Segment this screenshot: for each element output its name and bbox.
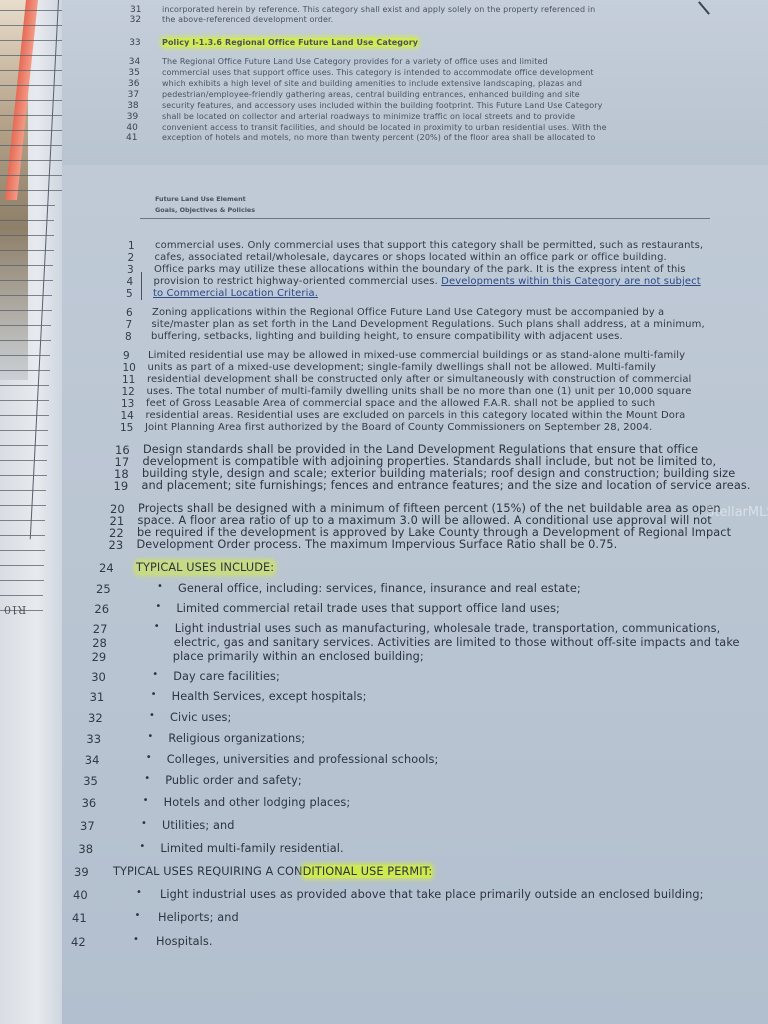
bullet-icon: • [151, 689, 157, 700]
list-item: Light industrial uses as provided above … [160, 888, 704, 901]
bullet-icon: • [135, 910, 141, 921]
ruled-line [0, 295, 52, 296]
bullet-icon: • [141, 818, 147, 829]
highlighted-text: TYPICAL USES INCLUDE: [136, 561, 274, 574]
line-number: 27 [93, 622, 108, 636]
ruled-line [0, 190, 62, 191]
ruled-line [0, 385, 49, 386]
ruled-line [0, 25, 62, 26]
text-line: Zoning applications within the Regional … [152, 307, 664, 318]
text-line: units as part of a mixed-use development… [148, 362, 656, 373]
line-number: 9 [123, 350, 130, 362]
typical-uses-heading: TYPICAL USES INCLUDE: [136, 561, 274, 574]
list-item: electric, gas and sanitary services. Act… [174, 636, 740, 649]
line-number: 39 [127, 112, 138, 122]
ruled-line [0, 445, 48, 446]
ruled-line [0, 565, 44, 566]
text-line: site/master plan as set forth in the Lan… [152, 319, 705, 330]
bullet-icon: • [139, 841, 145, 852]
cross-reference-link[interactable]: to Commercial Location Criteria. [153, 288, 318, 299]
line-number: 39 [74, 865, 89, 879]
text-line: buffering, setbacks, lighting and buildi… [151, 331, 623, 342]
list-item: Colleges, universities and professional … [167, 753, 439, 766]
line-number: 41 [126, 133, 137, 143]
list-item: General office, including: services, fin… [178, 582, 581, 595]
text-line: and placement; site furnishings; fences … [142, 479, 751, 492]
line-number: 15 [120, 422, 133, 434]
ruled-line [0, 160, 62, 161]
list-item: Limited commercial retail trade uses tha… [176, 602, 560, 615]
line-number: 11 [122, 374, 135, 386]
line-number: 36 [82, 796, 97, 810]
line-number: 38 [127, 101, 138, 111]
bullet-icon: • [155, 601, 161, 612]
text-line: cafes, associated retail/wholesale, dayc… [155, 252, 667, 263]
line-number: 32 [130, 15, 141, 25]
text-line: incorporated herein by reference. This c… [162, 5, 595, 14]
line-number: 2 [128, 252, 135, 264]
line-number: 31 [90, 690, 105, 704]
binder-tab-label: R10 [4, 603, 26, 616]
line-number: 32 [88, 711, 103, 725]
list-item: Hotels and other lodging places; [164, 796, 351, 809]
revision-bar [141, 272, 142, 300]
ruled-line [0, 505, 46, 506]
line-number: 6 [126, 307, 133, 319]
ruled-line [0, 355, 50, 356]
cross-reference-link[interactable]: Developments within this Category are no… [441, 276, 701, 287]
text-line: Development Order process. The maximum I… [137, 538, 618, 551]
ruled-line [0, 10, 62, 11]
line-number: 34 [85, 753, 100, 767]
line-number: 3 [127, 264, 134, 276]
line-number: 31 [130, 5, 141, 15]
line-number: 7 [126, 319, 133, 331]
line-number: 1 [128, 240, 135, 252]
text-line: feet of Gross Leasable Area of commercia… [146, 398, 655, 409]
conditional-uses-heading: TYPICAL USES REQUIRING A CONDITIONAL USE… [113, 865, 432, 878]
bullet-icon: • [136, 887, 142, 898]
line-number: 38 [78, 842, 93, 856]
list-item: Hospitals. [156, 935, 213, 948]
ruled-line [0, 175, 62, 176]
line-number: 37 [128, 90, 139, 100]
bullet-icon: • [149, 710, 155, 721]
ruled-line [0, 430, 48, 431]
line-number: 25 [96, 582, 111, 596]
bullet-icon: • [157, 581, 163, 592]
line-number: 10 [123, 362, 136, 374]
line-number: 4 [127, 276, 134, 288]
line-number: 26 [94, 602, 109, 616]
list-item: Light industrial uses such as manufactur… [175, 622, 721, 635]
ruled-line [0, 310, 52, 311]
line-number: 36 [128, 79, 139, 89]
text-line: commercial uses that support office uses… [162, 68, 594, 77]
header-rule [140, 218, 710, 219]
line-number: 29 [92, 650, 107, 664]
ruled-line [0, 280, 53, 281]
ruled-margin-line [30, 0, 59, 539]
list-item: Day care facilities; [173, 670, 280, 683]
list-item: Religious organizations; [168, 732, 305, 745]
highlighted-text: DITIONAL USE PERMIT: [303, 865, 433, 878]
text-line: security features, and accessory uses in… [162, 101, 603, 110]
text-line: shall be located on collector and arteri… [162, 112, 575, 121]
bullet-icon: • [144, 773, 150, 784]
text-line: Joint Planning Area first authorized by … [145, 422, 652, 433]
line-number: 33 [86, 732, 101, 746]
list-item: place primarily within an enclosed build… [173, 650, 424, 663]
line-number: 41 [72, 911, 87, 925]
text-line: provision to restrict highway-oriented c… [154, 276, 701, 287]
text-line: convenient access to transit facilities,… [162, 123, 607, 132]
ruled-line [0, 130, 62, 131]
ruled-line [0, 70, 62, 71]
line-number: 40 [126, 123, 137, 133]
ruled-line [0, 535, 45, 536]
line-number: 40 [73, 888, 88, 902]
line-number: 35 [83, 774, 98, 788]
line-number: 12 [122, 386, 135, 398]
text-line: Limited residential use may be allowed i… [148, 350, 685, 361]
running-header-title: Future Land Use Element [155, 195, 246, 203]
text-line: exception of hotels and motels, no more … [162, 133, 595, 142]
ruled-line [0, 370, 50, 371]
line-number: 37 [80, 819, 95, 833]
bullet-icon: • [147, 731, 153, 742]
list-item: Utilities; and [162, 819, 235, 832]
ruled-line [0, 475, 47, 476]
ruled-line [0, 595, 43, 596]
ruled-line [0, 550, 45, 551]
ruled-line [0, 40, 62, 41]
text-line: the above-referenced development order. [162, 15, 333, 24]
running-header-subtitle: Goals, Objectives & Policies [155, 206, 255, 214]
line-number: 28 [92, 636, 107, 650]
text-line: residential development shall be constru… [147, 374, 691, 385]
text-line: Office parks may utilize these allocatio… [154, 264, 686, 275]
line-number: 23 [109, 538, 124, 552]
line-number: 14 [121, 410, 134, 422]
policy-heading: Policy I-1.3.6 Regional Office Future La… [162, 38, 418, 47]
line-number: 33 [129, 38, 140, 48]
ruled-line [0, 580, 44, 581]
ruled-line [0, 145, 62, 146]
text-line: to Commercial Location Criteria. [153, 288, 318, 299]
line-number: 13 [121, 398, 134, 410]
ruled-line [0, 415, 49, 416]
binder-stack: R10 [0, 0, 62, 1024]
ruled-line [0, 520, 45, 521]
ruled-line [0, 490, 46, 491]
bullet-icon: • [143, 795, 149, 806]
text-line: The Regional Office Future Land Use Cate… [162, 57, 548, 66]
list-item: Civic uses; [170, 711, 231, 724]
line-number: 24 [99, 561, 114, 575]
ruled-line [0, 325, 51, 326]
ruled-line [0, 340, 51, 341]
bullet-icon: • [154, 621, 160, 632]
text-line: pedestrian/employee-friendly gathering a… [162, 90, 580, 99]
line-number: 8 [125, 331, 132, 343]
text-line: which exhibits a high level of site and … [162, 79, 582, 88]
line-number: 30 [91, 670, 106, 684]
line-number: 5 [126, 288, 133, 300]
watermark: StellarMLS [706, 505, 768, 520]
list-item: Heliports; and [158, 911, 239, 924]
bullet-icon: • [146, 752, 152, 763]
ruled-line [0, 55, 62, 56]
list-item: Public order and safety; [165, 774, 302, 787]
bullet-icon: • [133, 934, 139, 945]
bullet-icon: • [152, 669, 158, 680]
text-line: residential areas. Residential uses are … [146, 410, 686, 421]
line-number: 34 [129, 57, 140, 67]
text-line: commercial uses. Only commercial uses th… [155, 240, 703, 251]
list-item: Limited multi-family residential. [160, 842, 343, 855]
line-number: 42 [71, 935, 86, 949]
text-line: uses. The total number of multi-family d… [147, 386, 692, 397]
list-item: Health Services, except hospitals; [172, 690, 367, 703]
ruled-line [0, 400, 49, 401]
line-number: 19 [114, 479, 129, 493]
line-number: 35 [128, 68, 139, 78]
ruled-line [0, 460, 47, 461]
highlighted-text: Policy I-1.3.6 Regional Office Future La… [162, 38, 418, 47]
